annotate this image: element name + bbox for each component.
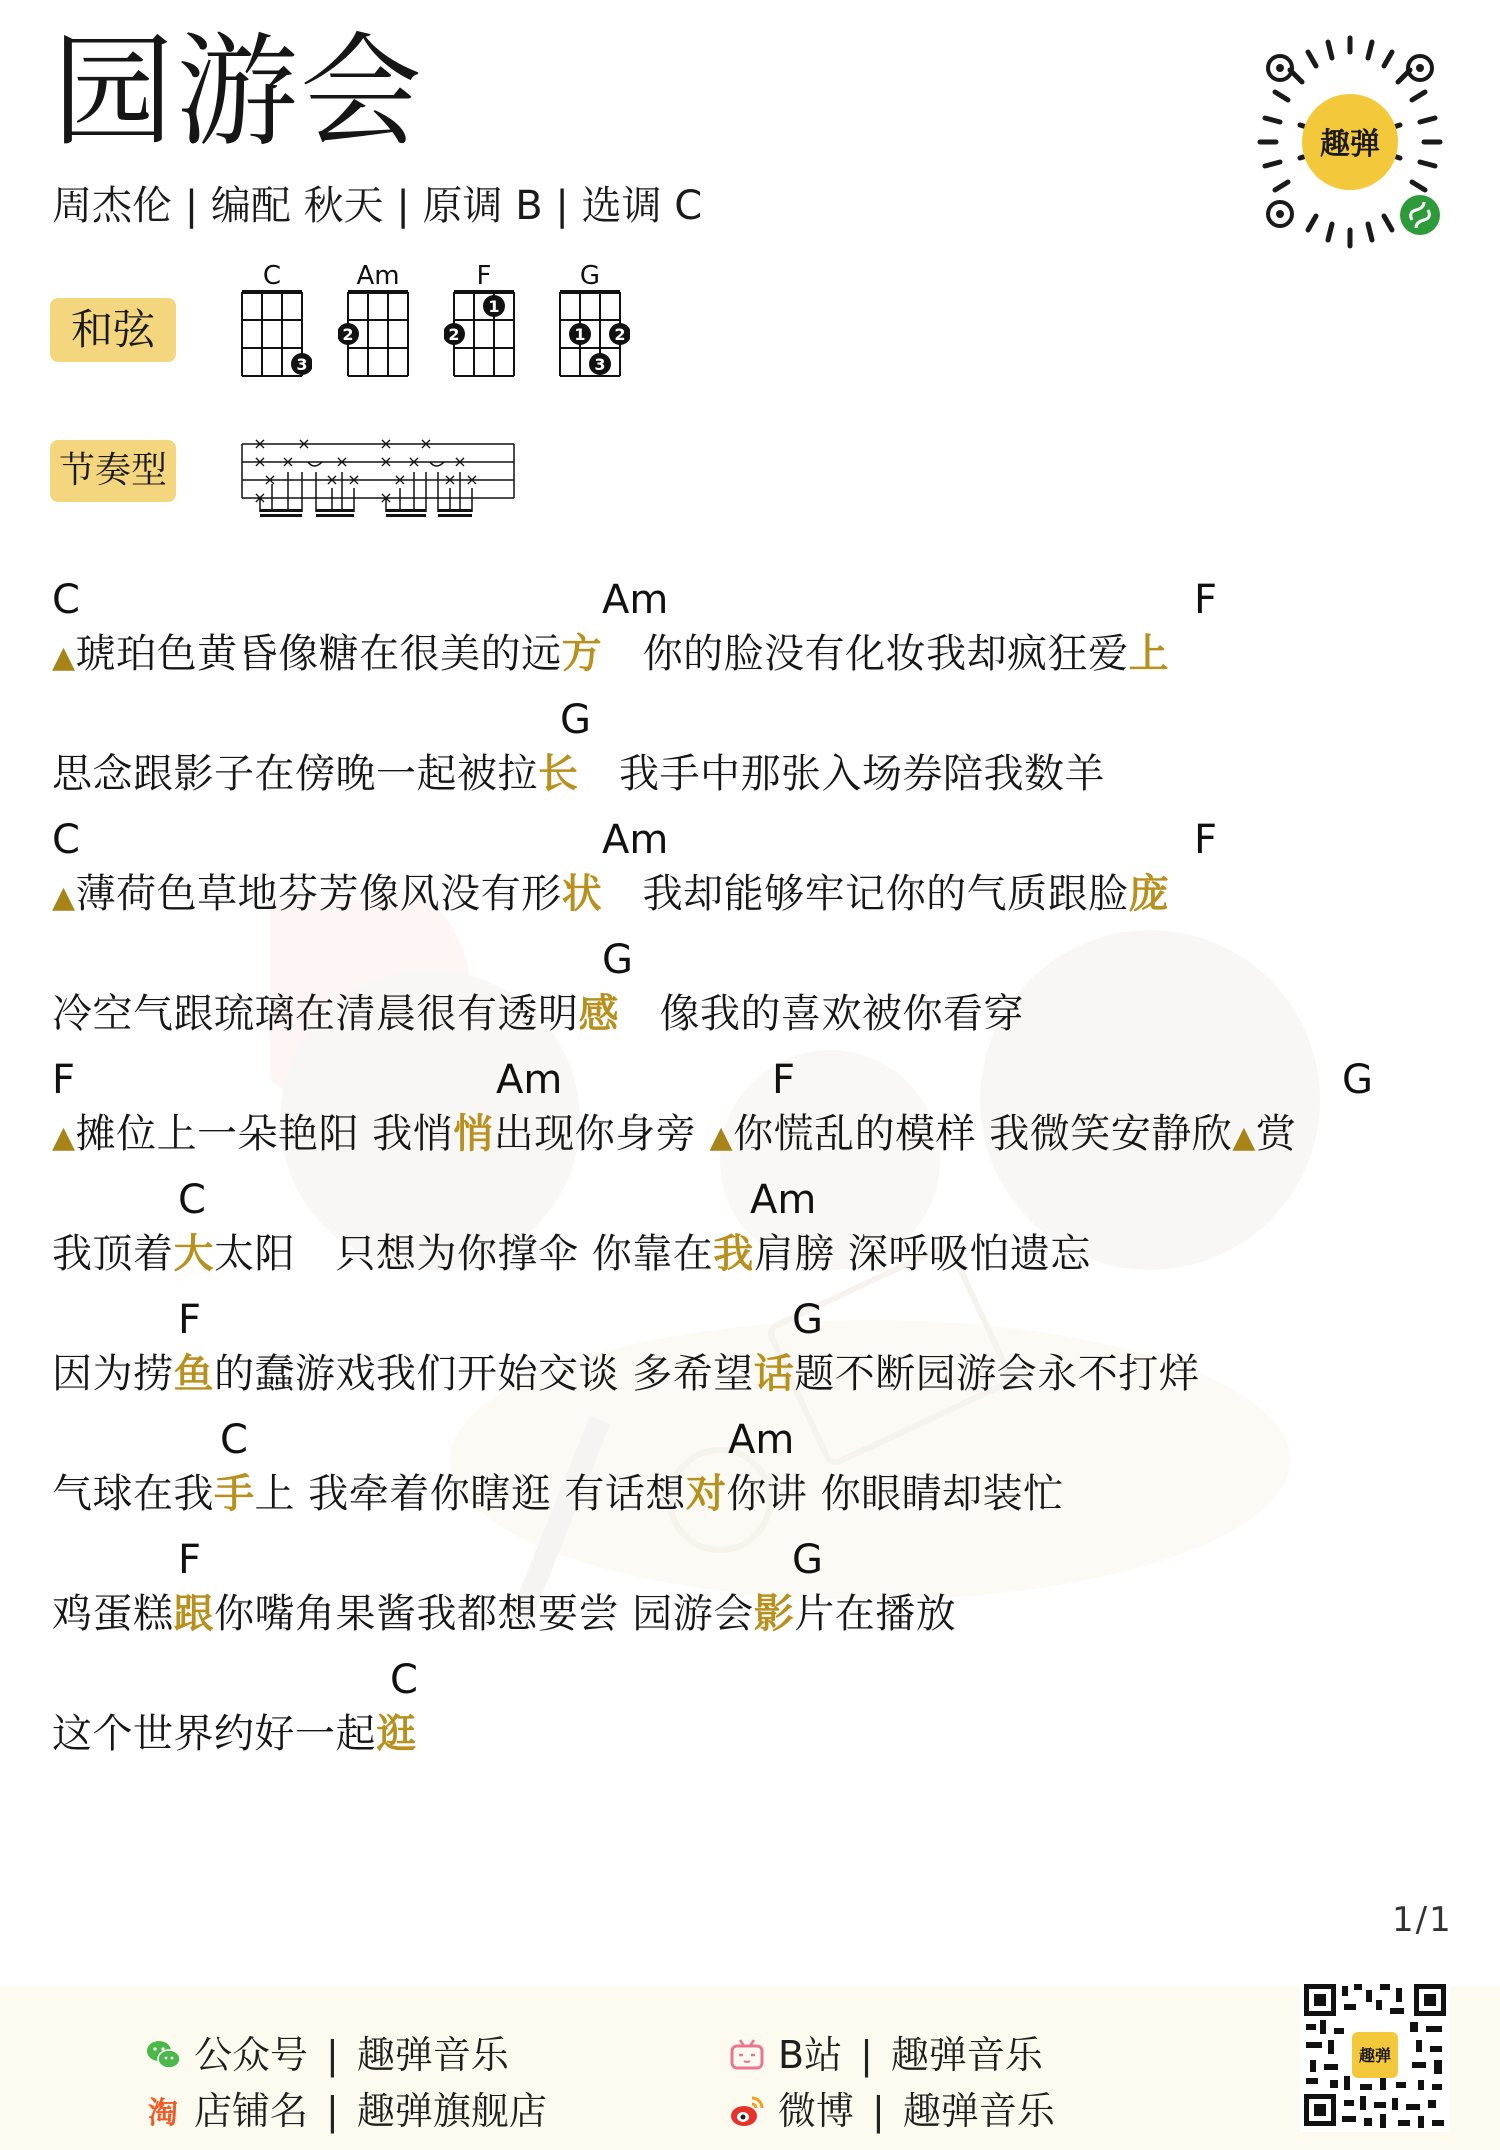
svg-text:×: × — [263, 470, 276, 489]
highlighted-syllable: 手 — [214, 1471, 255, 1517]
footer-platform: 微博 — [778, 2086, 854, 2136]
svg-text:×: × — [453, 452, 466, 471]
footer-platform: 店铺名 — [194, 2086, 308, 2136]
footer-wechat[interactable]: 公众号 | 趣弹音乐 — [144, 2030, 509, 2080]
highlighted-syllable: 影 — [754, 1591, 795, 1637]
lyric-line: ▲薄荷色草地芬芳像风没有形状 我却能够牢记你的气质跟脸庞 — [52, 870, 1169, 922]
lyric-text: 像我的喜欢被你看穿 — [619, 991, 1024, 1037]
weibo-icon — [728, 2092, 766, 2130]
logo-text: 趣弹 — [1320, 127, 1380, 162]
chord-label: G — [1342, 1058, 1373, 1102]
lyric-line: 因为捞鱼的蠢游戏我们开始交谈 多希望话题不断园游会永不打烊 — [52, 1350, 1199, 1398]
lyric-text: 薄荷色草地芬芳像风没有形 — [76, 871, 562, 917]
chord-diagram-g: G 1 2 3 — [550, 262, 630, 382]
lyric-text: 上 我牵着你瞎逛 有话想 — [255, 1471, 686, 1517]
highlighted-syllable: 逛 — [376, 1711, 417, 1757]
lyric-text: 你讲 你眼睛却装忙 — [726, 1471, 1063, 1517]
highlighted-syllable: 话 — [754, 1351, 795, 1397]
strumming-pattern: × ××× ×× × ××× ××× ×× × ××× — [238, 432, 518, 518]
svg-text:×: × — [407, 452, 420, 471]
highlighted-syllable: 长 — [538, 751, 579, 797]
svg-text:×: × — [281, 452, 294, 471]
chord-diagram-f: F 1 2 — [444, 262, 524, 382]
chord-label: Am — [750, 1178, 816, 1222]
lyric-line: 我顶着大太阳 只想为你撑伞 你靠在我肩膀 深呼吸怕遗忘 — [52, 1230, 1091, 1278]
chord-label: C — [178, 1178, 206, 1222]
chords-label: 和弦 — [50, 298, 176, 362]
svg-text:淘: 淘 — [148, 2096, 178, 2130]
wechat-icon — [144, 2036, 182, 2074]
lyric-text: 你慌乱的模样 我微笑安静欣 — [733, 1111, 1232, 1157]
svg-text:2: 2 — [448, 325, 459, 344]
svg-text:×: × — [465, 470, 478, 489]
chord-row: FAmFG — [0, 1058, 1500, 1102]
highlighted-syllable: 上 — [1129, 631, 1170, 677]
lyric-text: 冷空气跟琉璃在清晨很有透明 — [52, 991, 579, 1037]
triangle-marker-icon: ▲ — [52, 880, 76, 915]
fretboard-grid: 1 2 3 — [550, 262, 630, 382]
chord-row: G — [0, 698, 1500, 742]
footer-separator: | — [326, 2030, 339, 2080]
chord-label: F — [178, 1298, 201, 1342]
highlighted-syllable: 鱼 — [174, 1351, 215, 1397]
chord-label: F — [1194, 818, 1217, 862]
rhythm-label: 节奏型 — [50, 440, 176, 502]
chord-row: G — [0, 938, 1500, 982]
lyric-text: 鸡蛋糕 — [52, 1591, 174, 1637]
lyric-line: ▲琥珀色黄昏像糖在很美的远方 你的脸没有化妆我却疯狂爱上 — [52, 630, 1169, 682]
lyric-text: 气球在我 — [52, 1471, 214, 1517]
svg-text:2: 2 — [342, 325, 353, 344]
svg-text:1: 1 — [574, 325, 585, 344]
qr-logo-text: 趣弹 — [1359, 2046, 1391, 2065]
chord-label: Am — [602, 578, 668, 622]
footer-bilibili[interactable]: B站 | 趣弹音乐 — [728, 2030, 1043, 2080]
chord-row: CAmF — [0, 818, 1500, 862]
highlighted-syllable: 对 — [686, 1471, 727, 1517]
chord-diagram-c: C 3 — [232, 262, 312, 382]
triangle-marker-icon: ▲ — [52, 640, 76, 675]
chord-label: G — [560, 698, 591, 742]
svg-text:×: × — [379, 434, 392, 453]
chord-label: Am — [728, 1418, 794, 1462]
lyric-text: 你的脸没有化妆我却疯狂爱 — [602, 631, 1129, 677]
lyric-line: 气球在我手上 我牵着你瞎逛 有话想对你讲 你眼睛却装忙 — [52, 1470, 1064, 1518]
highlighted-syllable: 状 — [562, 871, 603, 917]
lyric-text: 这个世界约好一起 — [52, 1711, 376, 1757]
chord-label: F — [52, 1058, 75, 1102]
lyric-line: 思念跟影子在傍晚一起被拉长 我手中那张入场券陪我数羊 — [52, 750, 1105, 798]
lyric-text: 我手中那张入场券陪我数羊 — [579, 751, 1106, 797]
triangle-marker-icon: ▲ — [1232, 1120, 1256, 1155]
chord-row: CAmF — [0, 578, 1500, 622]
svg-text:×: × — [325, 470, 338, 489]
footer-account: 趣弹音乐 — [903, 2086, 1055, 2136]
chord-diagram-am: Am 2 — [338, 262, 418, 382]
highlighted-syllable: 悄 — [453, 1111, 494, 1157]
lyric-line: ▲摊位上一朵艳阳 我悄悄出现你身旁 ▲你慌乱的模样 我微笑安静欣▲赏 — [52, 1110, 1296, 1162]
svg-text:×: × — [419, 434, 432, 453]
lyric-text: 片在播放 — [794, 1591, 956, 1637]
highlighted-syllable: 方 — [562, 631, 603, 677]
chord-label: C — [220, 1418, 248, 1462]
fretboard-grid: 3 — [232, 262, 312, 382]
svg-text:×: × — [347, 470, 360, 489]
highlighted-syllable: 感 — [579, 991, 620, 1037]
footer-platform: 公众号 — [194, 2030, 308, 2080]
svg-text:×: × — [443, 470, 456, 489]
chord-label: G — [602, 938, 633, 982]
lyric-text: 琥珀色黄昏像糖在很美的远 — [76, 631, 562, 677]
svg-text:×: × — [393, 470, 406, 489]
lyric-text: 的蠢游戏我们开始交谈 多希望 — [214, 1351, 754, 1397]
footer-separator: | — [860, 2030, 873, 2080]
svg-text:3: 3 — [594, 355, 605, 374]
footer-taobao[interactable]: 淘 店铺名 | 趣弹旗舰店 — [144, 2086, 547, 2136]
highlighted-syllable: 跟 — [174, 1591, 215, 1637]
page-indicator: 1/1 — [1392, 1900, 1453, 1940]
song-meta: 周杰伦 | 编配 秋天 | 原调 B | 选调 C — [52, 180, 702, 232]
lyric-text: 摊位上一朵艳阳 我悄 — [76, 1111, 454, 1157]
lyric-text: 出现你身旁 — [494, 1111, 710, 1157]
lyric-text: 我顶着 — [52, 1231, 174, 1277]
svg-text:×: × — [253, 452, 266, 471]
lyric-text: 肩膀 深呼吸怕遗忘 — [754, 1231, 1091, 1277]
footer: 公众号 | 趣弹音乐 淘 店铺名 | 趣弹旗舰店 B站 | 趣弹音乐 — [0, 1986, 1500, 2150]
footer-separator: | — [872, 2086, 885, 2136]
song-sheet: 园游会 周杰伦 | 编配 秋天 | 原调 B | 选调 C 趣弹 和弦 — [0, 0, 1500, 1960]
chord-label: F — [772, 1058, 795, 1102]
triangle-marker-icon: ▲ — [52, 1120, 76, 1155]
chord-label: C — [52, 818, 80, 862]
chord-label: C — [390, 1658, 418, 1702]
footer-weibo[interactable]: 微博 | 趣弹音乐 — [728, 2086, 1055, 2136]
footer-separator: | — [326, 2086, 339, 2136]
lyric-text: 你嘴角果酱我都想要尝 园游会 — [214, 1591, 754, 1637]
chord-label: G — [792, 1298, 823, 1342]
taobao-icon: 淘 — [144, 2092, 182, 2130]
highlighted-syllable: 我 — [713, 1231, 754, 1277]
lyric-text: 思念跟影子在傍晚一起被拉 — [52, 751, 538, 797]
svg-text:1: 1 — [488, 297, 499, 316]
highlighted-syllable: 庞 — [1129, 871, 1170, 917]
lyric-text: 题不断园游会永不打烊 — [794, 1351, 1199, 1397]
chord-row: FG — [0, 1538, 1500, 1582]
chord-label: G — [792, 1538, 823, 1582]
chord-row: CAm — [0, 1418, 1500, 1462]
bilibili-icon — [728, 2036, 766, 2074]
fretboard-grid: 2 — [338, 262, 418, 382]
song-title: 园游会 — [52, 22, 424, 162]
chord-label: Am — [496, 1058, 562, 1102]
chord-row: FG — [0, 1298, 1500, 1342]
svg-text:3: 3 — [296, 355, 307, 374]
triangle-marker-icon: ▲ — [710, 1120, 734, 1155]
footer-account: 趣弹音乐 — [357, 2030, 509, 2080]
lyric-line: 冷空气跟琉璃在清晨很有透明感 像我的喜欢被你看穿 — [52, 990, 1024, 1038]
mini-program-code[interactable]: 趣弹 — [1240, 30, 1460, 255]
lyric-line: 鸡蛋糕跟你嘴角果酱我都想要尝 园游会影片在播放 — [52, 1590, 956, 1638]
chord-label: F — [1194, 578, 1217, 622]
chord-label: F — [178, 1538, 201, 1582]
lyric-text: 因为捞 — [52, 1351, 174, 1397]
svg-text:×: × — [297, 434, 310, 453]
footer-platform: B站 — [778, 2030, 842, 2080]
highlighted-syllable: 大 — [174, 1231, 215, 1277]
chord-row: C — [0, 1658, 1500, 1702]
lyric-line: 这个世界约好一起逛 — [52, 1710, 417, 1758]
svg-text:×: × — [253, 434, 266, 453]
lyric-text: 赏 — [1256, 1111, 1297, 1157]
svg-text:2: 2 — [614, 325, 625, 344]
chord-label: C — [52, 578, 80, 622]
footer-qr-code[interactable]: 趣弹 — [1300, 1980, 1450, 2132]
lyric-text: 太阳 只想为你撑伞 你靠在 — [214, 1231, 713, 1277]
footer-account: 趣弹旗舰店 — [357, 2086, 547, 2136]
footer-account: 趣弹音乐 — [891, 2030, 1043, 2080]
fretboard-grid: 1 2 — [444, 262, 524, 382]
svg-text:×: × — [379, 452, 392, 471]
svg-text:×: × — [335, 452, 348, 471]
lyric-text: 我却能够牢记你的气质跟脸 — [602, 871, 1129, 917]
chord-row: CAm — [0, 1178, 1500, 1222]
chord-label: Am — [602, 818, 668, 862]
